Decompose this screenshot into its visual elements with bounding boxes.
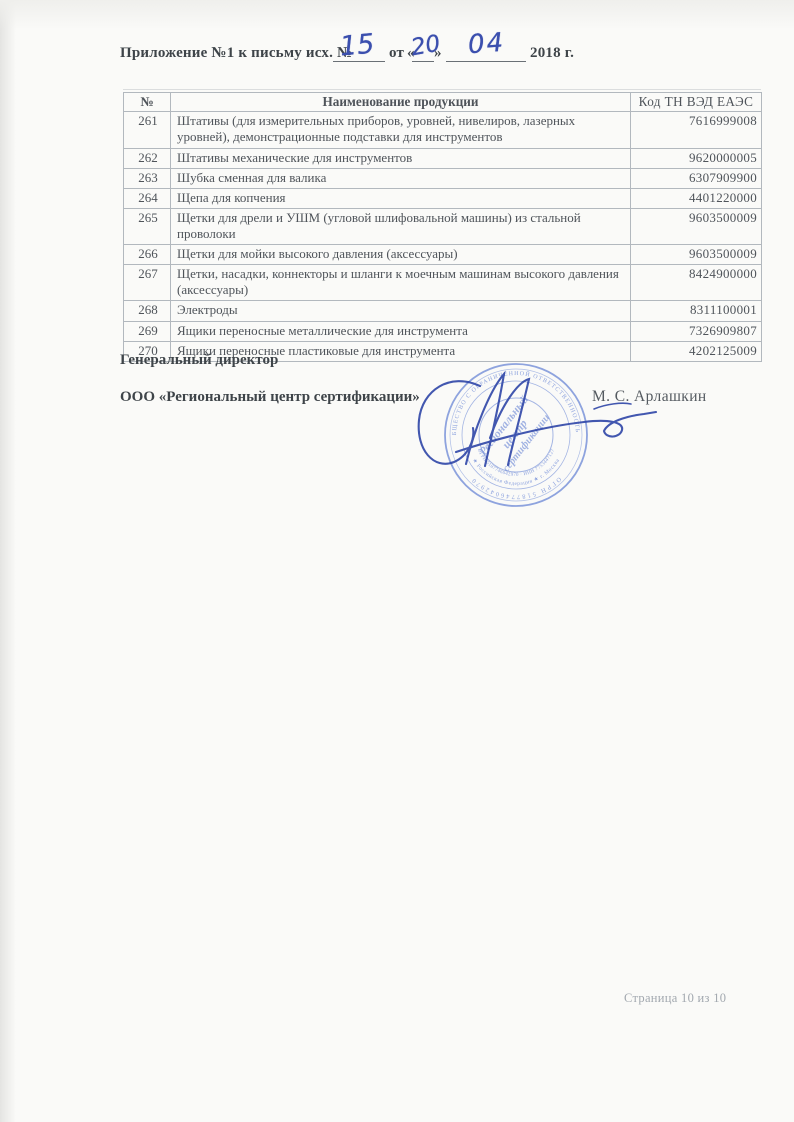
appendix-header-prefix: Приложение №1 к письму исх. № <box>120 45 352 62</box>
table-row: 269 Ящики переносные металлические для и… <box>124 321 762 341</box>
product-name-cell: Штативы механические для инструментов <box>171 148 631 168</box>
row-number-cell: 261 <box>124 112 171 148</box>
quote-close: » <box>434 45 442 62</box>
table-row: 267 Щетки, насадки, коннекторы и шланги … <box>124 265 762 301</box>
page-number-label: Страница 10 из 10 <box>624 991 726 1006</box>
row-number-cell: 262 <box>124 148 171 168</box>
tnved-code-cell: 7326909807 <box>631 321 762 341</box>
product-table: № Наименование продукции Код ТН ВЭД ЕАЭС… <box>123 92 762 362</box>
table-row: 265 Щетки для дрели и УШМ (угловой шлифо… <box>124 208 762 244</box>
table-row: 264 Щепа для копчения 4401220000 <box>124 188 762 208</box>
row-number-cell: 267 <box>124 265 171 301</box>
row-number-cell: 268 <box>124 301 171 321</box>
row-number-cell: 264 <box>124 188 171 208</box>
ot-label: от <box>389 45 404 62</box>
tnved-code-cell: 8424900000 <box>631 265 762 301</box>
product-name-cell: Штативы (для измерительных приборов, уро… <box>171 112 631 148</box>
scan-artifact-line <box>123 89 761 90</box>
product-name-cell: Щетки для мойки высокого давления (аксес… <box>171 245 631 265</box>
product-name-cell: Щепа для копчения <box>171 188 631 208</box>
tnved-code-cell: 9603500009 <box>631 208 762 244</box>
handwritten-month: 04 <box>467 28 506 61</box>
signature-left-loop <box>419 381 480 464</box>
scan-edge-shadow-top <box>0 0 794 30</box>
signature-stroke <box>490 379 529 465</box>
handwritten-letter-number: 15 <box>339 29 376 63</box>
signature-underline <box>594 403 631 409</box>
tnved-code-cell: 4401220000 <box>631 188 762 208</box>
scan-edge-shadow-left <box>0 0 16 1122</box>
table-row: 261 Штативы (для измерительных приборов,… <box>124 112 762 148</box>
product-table-body: 261 Штативы (для измерительных приборов,… <box>124 112 762 361</box>
table-header-row: № Наименование продукции Код ТН ВЭД ЕАЭС <box>124 93 762 112</box>
director-signature <box>398 352 668 482</box>
tnved-code-cell: 8311100001 <box>631 301 762 321</box>
year-label: 2018 г. <box>530 45 574 62</box>
col-header-num: № <box>124 93 171 112</box>
director-title: Генеральный директор <box>120 352 278 369</box>
row-number-cell: 263 <box>124 168 171 188</box>
tnved-code-cell: 9603500009 <box>631 245 762 265</box>
row-number-cell: 266 <box>124 245 171 265</box>
product-name-cell: Шубка сменная для валика <box>171 168 631 188</box>
row-number-cell: 265 <box>124 208 171 244</box>
table-row: 268 Электроды 8311100001 <box>124 301 762 321</box>
tnved-code-cell: 9620000005 <box>631 148 762 168</box>
product-table-container: № Наименование продукции Код ТН ВЭД ЕАЭС… <box>123 92 762 362</box>
table-row: 266 Щетки для мойки высокого давления (а… <box>124 245 762 265</box>
product-name-cell: Ящики переносные металлические для инстр… <box>171 321 631 341</box>
table-row: 263 Шубка сменная для валика 6307909900 <box>124 168 762 188</box>
product-name-cell: Электроды <box>171 301 631 321</box>
col-header-code: Код ТН ВЭД ЕАЭС <box>631 93 762 112</box>
table-row: 262 Штативы механические для инструменто… <box>124 148 762 168</box>
col-header-name: Наименование продукции <box>171 93 631 112</box>
tnved-code-cell: 7616999008 <box>631 112 762 148</box>
signature-tail <box>456 412 656 452</box>
row-number-cell: 269 <box>124 321 171 341</box>
scanned-document-page: { "page": { "header_line": { "prefix": "… <box>0 0 794 1122</box>
company-name: ООО «Региональный центр сертификации» <box>120 389 420 406</box>
tnved-code-cell: 6307909900 <box>631 168 762 188</box>
product-name-cell: Щетки, насадки, коннекторы и шланги к мо… <box>171 265 631 301</box>
product-name-cell: Щетки для дрели и УШМ (угловой шлифоваль… <box>171 208 631 244</box>
